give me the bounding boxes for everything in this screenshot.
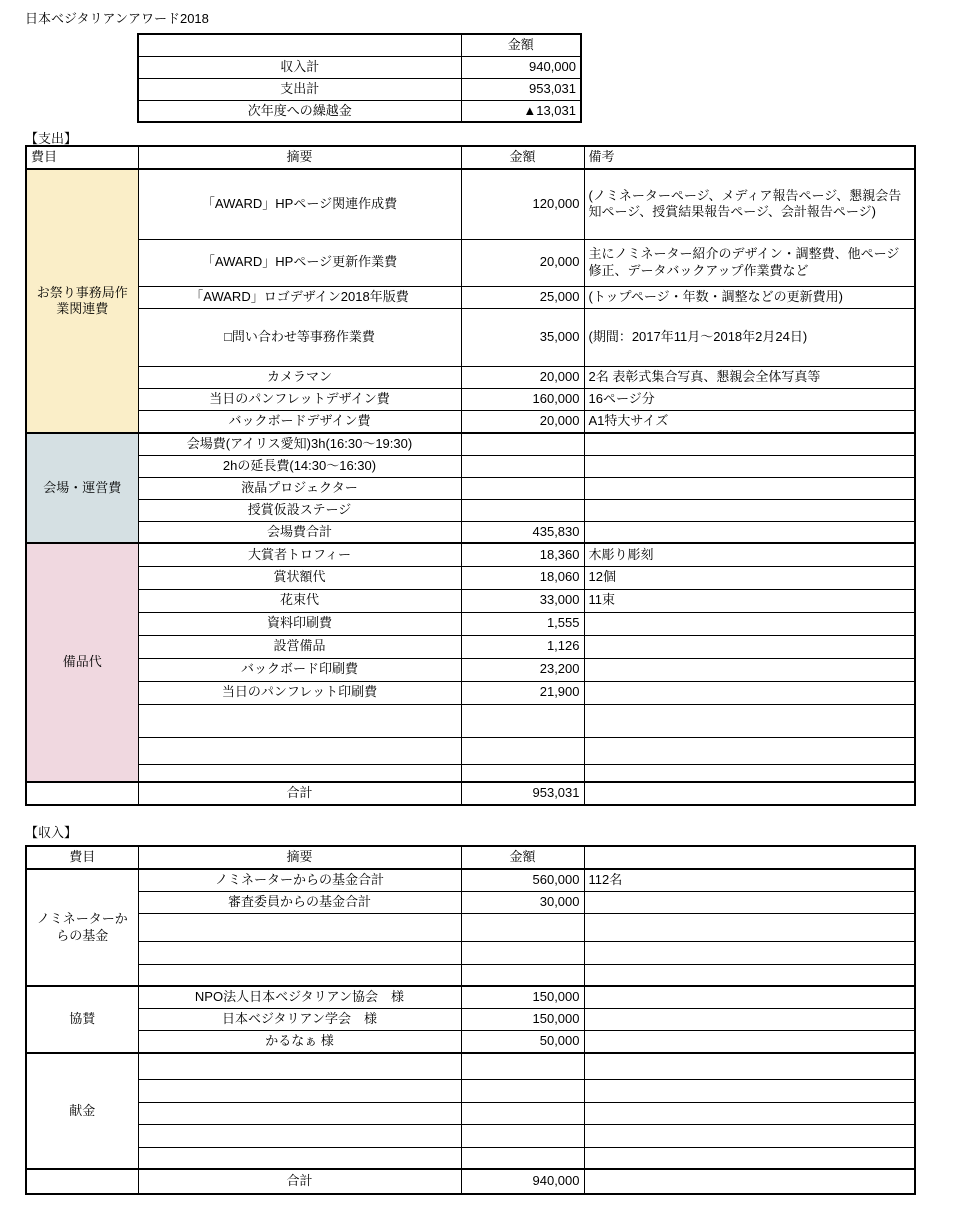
document-title: 日本ベジタリアンアワード2018	[25, 8, 209, 27]
expenses-total-label: 合計	[138, 782, 461, 805]
expense-amount: 1,126	[461, 635, 584, 658]
expense-description	[138, 764, 461, 782]
expense-row: 「AWARD」ロゴデザイン2018年版費 25,000 (トップページ・年数・調…	[26, 286, 915, 308]
income-row: 日本ベジタリアン学会 様 150,000	[26, 1008, 915, 1030]
expense-note	[584, 764, 915, 782]
expense-amount: 25,000	[461, 286, 584, 308]
expense-row: 液晶プロジェクター	[26, 477, 915, 499]
expense-note: (期間：2017年11月〜2018年2月24日)	[584, 308, 915, 366]
income-description	[138, 1147, 461, 1169]
expense-row: カメラマン 20,000 2名 表彰式集合写真、懇親会全体写真等	[26, 366, 915, 388]
expense-row: 賞状額代 18,060 12個	[26, 566, 915, 589]
expense-description: 授賞仮設ステージ	[138, 499, 461, 521]
income-description	[138, 913, 461, 941]
income-row-empty	[26, 1124, 915, 1147]
expense-row: □問い合わせ等事務作業費 35,000 (期間：2017年11月〜2018年2月…	[26, 308, 915, 366]
expense-description: 2hの延長費(14:30〜16:30)	[138, 455, 461, 477]
income-category-cell: 献金	[26, 1053, 138, 1169]
expense-row-empty	[26, 764, 915, 782]
expense-category-cell: 備品代	[26, 543, 138, 782]
expense-amount: 35,000	[461, 308, 584, 366]
expenses-note-header: 備考	[584, 146, 915, 169]
expense-category-cell: 会場・運営費	[26, 433, 138, 543]
expense-description: 「AWARD」ロゴデザイン2018年版費	[138, 286, 461, 308]
expense-note	[584, 499, 915, 521]
expense-amount: 160,000	[461, 388, 584, 410]
income-section-label: 【収入】	[25, 822, 77, 841]
income-category-header: 費目	[26, 846, 138, 869]
expense-description	[138, 737, 461, 764]
expense-amount	[461, 455, 584, 477]
income-description: 審査委員からの基金合計	[138, 891, 461, 913]
expense-description: カメラマン	[138, 366, 461, 388]
expense-description: 設営備品	[138, 635, 461, 658]
expenses-header-row: 費目 摘要 金額 備考	[26, 146, 915, 169]
expense-amount: 120,000	[461, 169, 584, 239]
expense-row: 資料印刷費 1,555	[26, 612, 915, 635]
income-row-empty	[26, 1079, 915, 1102]
income-total-note-cell	[584, 1169, 915, 1194]
expense-amount: 23,200	[461, 658, 584, 681]
summary-row-carryover: 次年度への繰越金 ▲13,031	[138, 100, 581, 122]
expense-amount: 21,900	[461, 681, 584, 704]
expense-row: お祭り事務局作業関連費 「AWARD」HPページ関連作成費 120,000 (ノ…	[26, 169, 915, 239]
income-row-empty	[26, 964, 915, 986]
expense-note: 11束	[584, 589, 915, 612]
expense-note: 2名 表彰式集合写真、懇親会全体写真等	[584, 366, 915, 388]
expense-row: 会場・運営費 会場費(アイリス愛知)3h(16:30〜19:30)	[26, 433, 915, 455]
expense-amount: 1,555	[461, 612, 584, 635]
income-amount: 560,000	[461, 869, 584, 891]
expense-note: 12個	[584, 566, 915, 589]
income-row-empty	[26, 1147, 915, 1169]
summary-row-income-total: 収入計 940,000	[138, 56, 581, 78]
expense-row: バックボード印刷費 23,200	[26, 658, 915, 681]
expense-row: 当日のパンフレットデザイン費 160,000 16ページ分	[26, 388, 915, 410]
expense-amount: 18,360	[461, 543, 584, 566]
summary-header-row: 金額	[138, 34, 581, 56]
expense-amount	[461, 737, 584, 764]
expense-row: 当日のパンフレット印刷費 21,900	[26, 681, 915, 704]
income-category-cell: 協賛	[26, 986, 138, 1053]
summary-label: 次年度への繰越金	[138, 100, 461, 122]
expense-amount: 20,000	[461, 239, 584, 286]
expense-row: バックボードデザイン費 20,000 A1特大サイズ	[26, 410, 915, 433]
income-amount: 30,000	[461, 891, 584, 913]
expense-description: 液晶プロジェクター	[138, 477, 461, 499]
income-note	[584, 1053, 915, 1079]
income-row-empty	[26, 941, 915, 964]
expense-row: 設営備品 1,126	[26, 635, 915, 658]
expense-description: 会場費合計	[138, 521, 461, 543]
income-description: かるなぁ 様	[138, 1030, 461, 1053]
income-row-empty	[26, 913, 915, 941]
income-row: 審査委員からの基金合計 30,000	[26, 891, 915, 913]
income-row: 協賛 NPO法人日本ベジタリアン協会 様 150,000	[26, 986, 915, 1008]
income-description: ノミネーターからの基金合計	[138, 869, 461, 891]
income-amount-header: 金額	[461, 846, 584, 869]
summary-amount: ▲13,031	[461, 100, 581, 122]
expense-row-empty	[26, 704, 915, 737]
expense-amount: 18,060	[461, 566, 584, 589]
income-amount	[461, 1053, 584, 1079]
expense-description: 会場費(アイリス愛知)3h(16:30〜19:30)	[138, 433, 461, 455]
expenses-description-header: 摘要	[138, 146, 461, 169]
expenses-category-header: 費目	[26, 146, 138, 169]
expense-note	[584, 521, 915, 543]
summary-table: 金額 収入計 940,000 支出計 953,031 次年度への繰越金 ▲13,…	[137, 33, 582, 123]
income-description	[138, 1102, 461, 1124]
expenses-total-empty-cell	[26, 782, 138, 805]
summary-amount: 953,031	[461, 78, 581, 100]
expenses-amount-header: 金額	[461, 146, 584, 169]
expense-note	[584, 704, 915, 737]
expense-description: バックボード印刷費	[138, 658, 461, 681]
income-row: ノミネーターからの基金 ノミネーターからの基金合計 560,000 112名	[26, 869, 915, 891]
income-note	[584, 1147, 915, 1169]
income-description: NPO法人日本ベジタリアン協会 様	[138, 986, 461, 1008]
income-amount	[461, 1102, 584, 1124]
expense-note	[584, 635, 915, 658]
expense-amount: 20,000	[461, 410, 584, 433]
expense-row: 授賞仮設ステージ	[26, 499, 915, 521]
income-description: 日本ベジタリアン学会 様	[138, 1008, 461, 1030]
expense-amount	[461, 764, 584, 782]
expense-description	[138, 704, 461, 737]
income-description	[138, 941, 461, 964]
expense-description: 当日のパンフレットデザイン費	[138, 388, 461, 410]
expense-description: 当日のパンフレット印刷費	[138, 681, 461, 704]
expense-note: 木彫り彫刻	[584, 543, 915, 566]
expenses-total-row: 合計 953,031	[26, 782, 915, 805]
expense-amount: 435,830	[461, 521, 584, 543]
income-row-empty: 献金	[26, 1053, 915, 1079]
summary-header-empty-cell	[138, 34, 461, 56]
expense-note	[584, 658, 915, 681]
expenses-total-amount: 953,031	[461, 782, 584, 805]
income-amount	[461, 913, 584, 941]
income-category-cell: ノミネーターからの基金	[26, 869, 138, 986]
expense-row-empty	[26, 737, 915, 764]
income-amount	[461, 1124, 584, 1147]
expense-description: 資料印刷費	[138, 612, 461, 635]
expense-note	[584, 455, 915, 477]
income-note	[584, 941, 915, 964]
budget-report-page: 日本ベジタリアンアワード2018 金額 収入計 940,000 支出計 953,…	[0, 0, 976, 1229]
expenses-total-note-cell	[584, 782, 915, 805]
expense-amount: 33,000	[461, 589, 584, 612]
income-amount: 50,000	[461, 1030, 584, 1053]
income-note-header	[584, 846, 915, 869]
expense-note: 16ページ分	[584, 388, 915, 410]
income-note	[584, 986, 915, 1008]
income-note	[584, 964, 915, 986]
expense-description: 「AWARD」HPページ更新作業費	[138, 239, 461, 286]
income-amount	[461, 1079, 584, 1102]
income-note	[584, 1030, 915, 1053]
expense-amount	[461, 704, 584, 737]
income-description-header: 摘要	[138, 846, 461, 869]
income-amount: 150,000	[461, 1008, 584, 1030]
expense-row: 「AWARD」HPページ更新作業費 20,000 主にノミネーター紹介のデザイン…	[26, 239, 915, 286]
income-note	[584, 891, 915, 913]
income-note	[584, 1079, 915, 1102]
income-amount	[461, 1147, 584, 1169]
expense-description: バックボードデザイン費	[138, 410, 461, 433]
summary-row-expense-total: 支出計 953,031	[138, 78, 581, 100]
income-row: かるなぁ 様 50,000	[26, 1030, 915, 1053]
income-description	[138, 964, 461, 986]
income-total-row: 合計 940,000	[26, 1169, 915, 1194]
expense-row: 2hの延長費(14:30〜16:30)	[26, 455, 915, 477]
summary-amount: 940,000	[461, 56, 581, 78]
expense-note: (ノミネーターページ、メディア報告ページ、懇親会告知ページ、授賞結果報告ページ、…	[584, 169, 915, 239]
income-description	[138, 1124, 461, 1147]
expense-amount: 20,000	[461, 366, 584, 388]
expense-row: 会場費合計 435,830	[26, 521, 915, 543]
summary-amount-header: 金額	[461, 34, 581, 56]
income-amount: 150,000	[461, 986, 584, 1008]
expense-description: 「AWARD」HPページ関連作成費	[138, 169, 461, 239]
income-total-empty-cell	[26, 1169, 138, 1194]
expense-note: (トップページ・年数・調整などの更新費用)	[584, 286, 915, 308]
income-header-row: 費目 摘要 金額	[26, 846, 915, 869]
income-row-empty	[26, 1102, 915, 1124]
expense-description: □問い合わせ等事務作業費	[138, 308, 461, 366]
expense-row: 花束代 33,000 11束	[26, 589, 915, 612]
expense-note: A1特大サイズ	[584, 410, 915, 433]
income-total-amount: 940,000	[461, 1169, 584, 1194]
expense-description: 花束代	[138, 589, 461, 612]
income-total-label: 合計	[138, 1169, 461, 1194]
income-description	[138, 1053, 461, 1079]
summary-label: 支出計	[138, 78, 461, 100]
expense-note	[584, 477, 915, 499]
expense-description: 賞状額代	[138, 566, 461, 589]
expense-note: 主にノミネーター紹介のデザイン・調整費、他ページ修正、データバックアップ作業費な…	[584, 239, 915, 286]
expense-note	[584, 681, 915, 704]
income-note	[584, 1102, 915, 1124]
expense-category-cell: お祭り事務局作業関連費	[26, 169, 138, 433]
expenses-table: 費目 摘要 金額 備考 お祭り事務局作業関連費 「AWARD」HPページ関連作成…	[25, 145, 916, 806]
income-note	[584, 1008, 915, 1030]
income-note: 112名	[584, 869, 915, 891]
income-table: 費目 摘要 金額 ノミネーターからの基金 ノミネーターからの基金合計 560,0…	[25, 845, 916, 1195]
expense-amount	[461, 433, 584, 455]
expense-amount	[461, 499, 584, 521]
expense-row: 備品代 大賞者トロフィー 18,360 木彫り彫刻	[26, 543, 915, 566]
expense-note	[584, 737, 915, 764]
expense-description: 大賞者トロフィー	[138, 543, 461, 566]
expense-amount	[461, 477, 584, 499]
income-amount	[461, 941, 584, 964]
income-amount	[461, 964, 584, 986]
summary-label: 収入計	[138, 56, 461, 78]
income-description	[138, 1079, 461, 1102]
income-note	[584, 1124, 915, 1147]
income-note	[584, 913, 915, 941]
expense-note	[584, 612, 915, 635]
expense-note	[584, 433, 915, 455]
